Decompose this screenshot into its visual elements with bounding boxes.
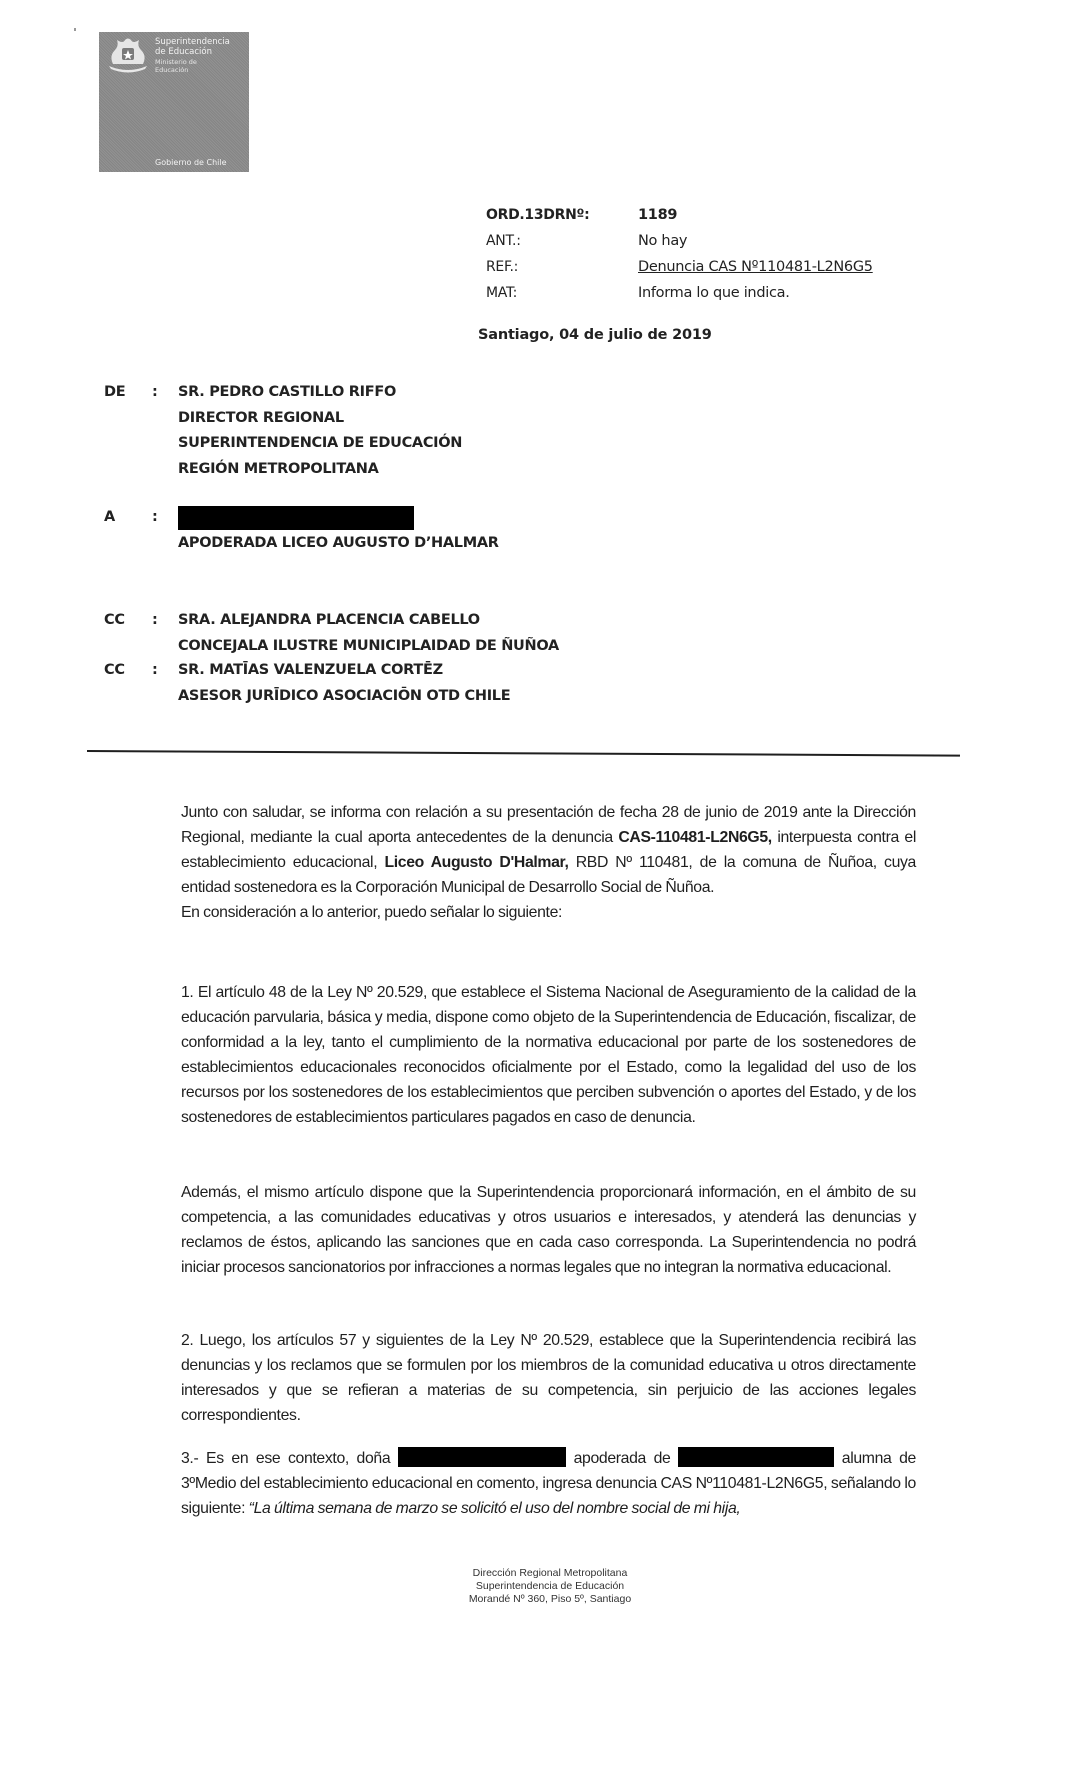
addr-a-line: APODERADA LICEO AUGUSTO D’HALMAR	[178, 531, 499, 557]
letterhead-logo: Superintendencia de Educación Ministerio…	[99, 32, 249, 172]
addr-cc1-colon: :	[152, 608, 178, 659]
page-footer: Dirección Regional Metropolitana Superin…	[400, 1567, 700, 1606]
addr-cc1-line: SRA. ALEJANDRA PLACENCIA CABELLO	[178, 608, 559, 634]
institution-name: Superintendencia de Educación	[155, 37, 230, 57]
ref-label: REF.:	[486, 254, 638, 280]
addr-cc-1: CC : SRA. ALEJANDRA PLACENCIA CABELLO CO…	[104, 608, 559, 659]
addr-de: DE : SR. PEDRO CASTILLO RIFFO DIRECTOR R…	[104, 380, 462, 482]
addr-a: A : APODERADA LICEO AUGUSTO D’HALMAR	[104, 505, 499, 556]
paragraph-point-1b: Además, el mismo artículo dispone que la…	[181, 1180, 916, 1280]
ref-row: REF.: Denuncia CAS Nº110481-L2N6G5	[486, 254, 873, 280]
addr-cc2-line: ASESOR JURĪDICO ASOCIACIŌN OTD CHILE	[178, 684, 510, 710]
school-name: Liceo Augusto D'Halmar,	[384, 854, 568, 871]
case-number: CAS-110481-L2N6G5,	[618, 829, 772, 846]
point-3-text: apoderada de	[566, 1450, 678, 1467]
redacted-recipient-name	[178, 506, 414, 530]
addr-de-line: DIRECTOR REGIONAL	[178, 406, 462, 432]
ant-row: ANT.: No hay	[486, 228, 873, 254]
paragraph-point-3: 3.- Es en ese contexto, doña apoderada d…	[181, 1446, 916, 1521]
footer-line: Morandé Nº 360, Piso 5º, Santiago	[400, 1593, 700, 1606]
mat-value: Informa lo que indica.	[638, 280, 790, 306]
paragraph-point-2: 2. Luego, los artículos 57 y siguientes …	[181, 1328, 916, 1428]
addr-cc2-line: SR. MATĪAS VALENZUELA CORTĒZ	[178, 658, 510, 684]
addr-cc1-line: CONCEJALA ILUSTRE MUNICIPLAIDAD DE ÑUÑOA	[178, 634, 559, 660]
date-line: Santiago, 04 de julio de 2019	[478, 327, 712, 343]
footer-line: Superintendencia de Educación	[400, 1580, 700, 1593]
ord-value: 1189	[638, 202, 677, 228]
ant-label: ANT.:	[486, 228, 638, 254]
addr-de-line: SR. PEDRO CASTILLO RIFFO	[178, 380, 462, 406]
reference-block: ORD.13DRNº: 1189 ANT.: No hay REF.: Denu…	[486, 202, 873, 306]
redacted-guardian-name	[398, 1447, 566, 1467]
addr-cc2-key: CC	[104, 658, 152, 709]
point-1-text: 1. El artículo 48 de la Ley Nº 20.529, q…	[181, 980, 916, 1130]
point-1b-text: Además, el mismo artículo dispone que la…	[181, 1180, 916, 1280]
paragraph-intro: Junto con saludar, se informa con relaci…	[181, 800, 916, 925]
mat-row: MAT: Informa lo que indica.	[486, 280, 873, 306]
addr-cc1-key: CC	[104, 608, 152, 659]
scan-artifact	[74, 28, 76, 31]
redacted-student-name	[678, 1447, 834, 1467]
addr-de-key: DE	[104, 380, 152, 482]
complaint-quote: “La última semana de marzo se solicitó e…	[249, 1500, 741, 1517]
addr-de-colon: :	[152, 380, 178, 482]
addr-cc-2: CC : SR. MATĪAS VALENZUELA CORTĒZ ASESOR…	[104, 658, 510, 709]
ministry-name: Ministerio de Educación	[155, 59, 197, 74]
addr-a-colon: :	[152, 505, 178, 556]
addr-cc2-colon: :	[152, 658, 178, 709]
point-2-text: 2. Luego, los artículos 57 y siguientes …	[181, 1328, 916, 1428]
addr-de-line: SUPERINTENDENCIA DE EDUCACIÓN	[178, 431, 462, 457]
paragraph-point-1: 1. El artículo 48 de la Ley Nº 20.529, q…	[181, 980, 916, 1130]
government-name: Gobierno de Chile	[155, 158, 227, 167]
ref-value: Denuncia CAS Nº110481-L2N6G5	[638, 254, 873, 280]
footer-line: Dirección Regional Metropolitana	[400, 1567, 700, 1580]
addr-de-line: REGIÓN METROPOLITANA	[178, 457, 462, 483]
ord-label: ORD.13DRNº:	[486, 202, 638, 228]
ord-row: ORD.13DRNº: 1189	[486, 202, 873, 228]
mat-label: MAT:	[486, 280, 638, 306]
ant-value: No hay	[638, 228, 687, 254]
point-3-text: 3.- Es en ese contexto, doña	[181, 1450, 398, 1467]
header-separator	[87, 750, 960, 757]
intro-closing: En consideración a lo anterior, puedo se…	[181, 900, 916, 925]
addr-a-key: A	[104, 505, 152, 556]
coat-of-arms-icon	[105, 36, 151, 74]
